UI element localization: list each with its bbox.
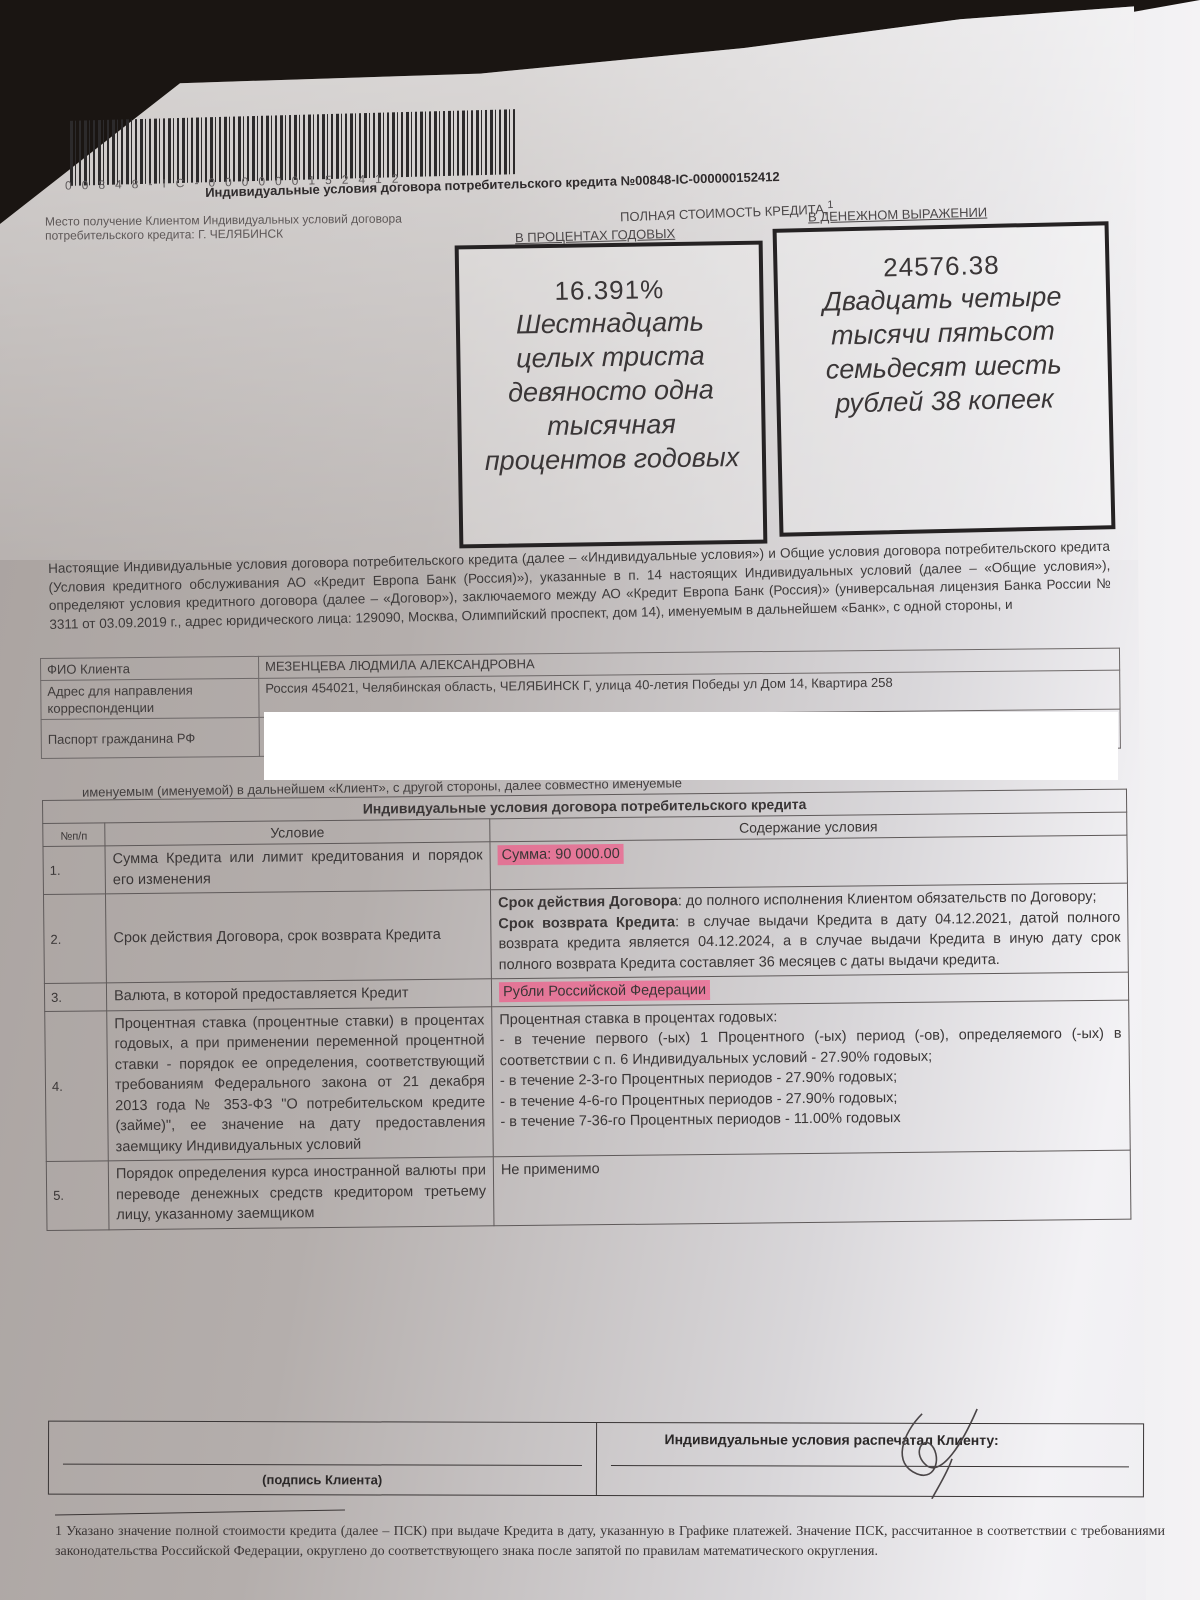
psk-percent-box: 16.391% Шестнадцать целых триста девянос… [455,241,768,549]
psk-percent-value: 16.391% [459,273,759,309]
condition-row-2: 2. Срок действия Договора, срок возврата… [43,883,1128,983]
loan-amount: Сумма: 90 000.00 [497,844,623,865]
row-number: 4. [45,1010,109,1161]
client-name-label: ФИО Клиента [41,656,259,680]
condition-text: Порядок определения курса иностранной ва… [108,1157,494,1230]
client-passport-label: Паспорт гражданина РФ [41,717,259,758]
condition-content: Не применимо [493,1150,1131,1225]
condition-row-4: 4. Процентная ставка (процентные ставки)… [45,1000,1131,1162]
condition-text: Сумма Кредита или лимит кредитования и п… [105,842,490,894]
signature-block: (подпись Клиента) Индивидуальные условия… [48,1421,1144,1498]
psk-money-box: 24576.38 Двадцать четыре тысячи пятьсот … [773,221,1116,537]
condition-content: Срок действия Договора: до полного испол… [490,883,1128,979]
row-number: 3. [44,983,106,1011]
condition-row-5: 5. Порядок определения курса иностранной… [46,1150,1131,1230]
psk-money-words: Двадцать четыре тысячи пятьсот семьдесят… [778,278,1109,421]
client-signature-caption: (подпись Клиента) [49,1472,596,1488]
printed-by-cell: Индивидуальные условия распечатал Клиент… [596,1423,1143,1496]
condition-content: Сумма: 90 000.00 [490,835,1127,890]
condition-text: Валюта, в которой предоставляется Кредит [106,979,491,1011]
row-number: 5. [46,1161,109,1230]
redacted-area [264,712,1118,780]
place-of-receipt: Место получение Клиентом Индивидуальных … [45,211,425,242]
client-signature-line [63,1464,582,1466]
client-address-label: Адрес для направления корреспонденции [41,678,259,719]
row-number: 1. [43,846,105,895]
condition-text: Срок действия Договора, срок возврата Кр… [105,890,491,983]
rate-item: - в течение первого (-ых) 1 Процентного … [499,1024,1121,1072]
printed-by-line [610,1465,1129,1467]
psk-percent-words: Шестнадцать целых триста девяносто одна … [460,304,763,479]
loan-currency: Рубли Российской Федерации [499,980,710,1002]
client-signature-cell: (подпись Клиента) [49,1422,597,1495]
row-number: 2. [43,894,106,984]
conditions-table: Индивидуальные условия договора потребит… [42,789,1131,1231]
col-num-header: №п/п [43,823,105,847]
footnote: 1 Указано значение полной стоимости кред… [55,1522,1165,1562]
condition-text: Процентная ставка (процентные ставки) в … [107,1006,494,1161]
interest-rates: Процентная ставка в процентах годовых: -… [492,1000,1131,1157]
handwritten-signature-icon [881,1404,1001,1499]
